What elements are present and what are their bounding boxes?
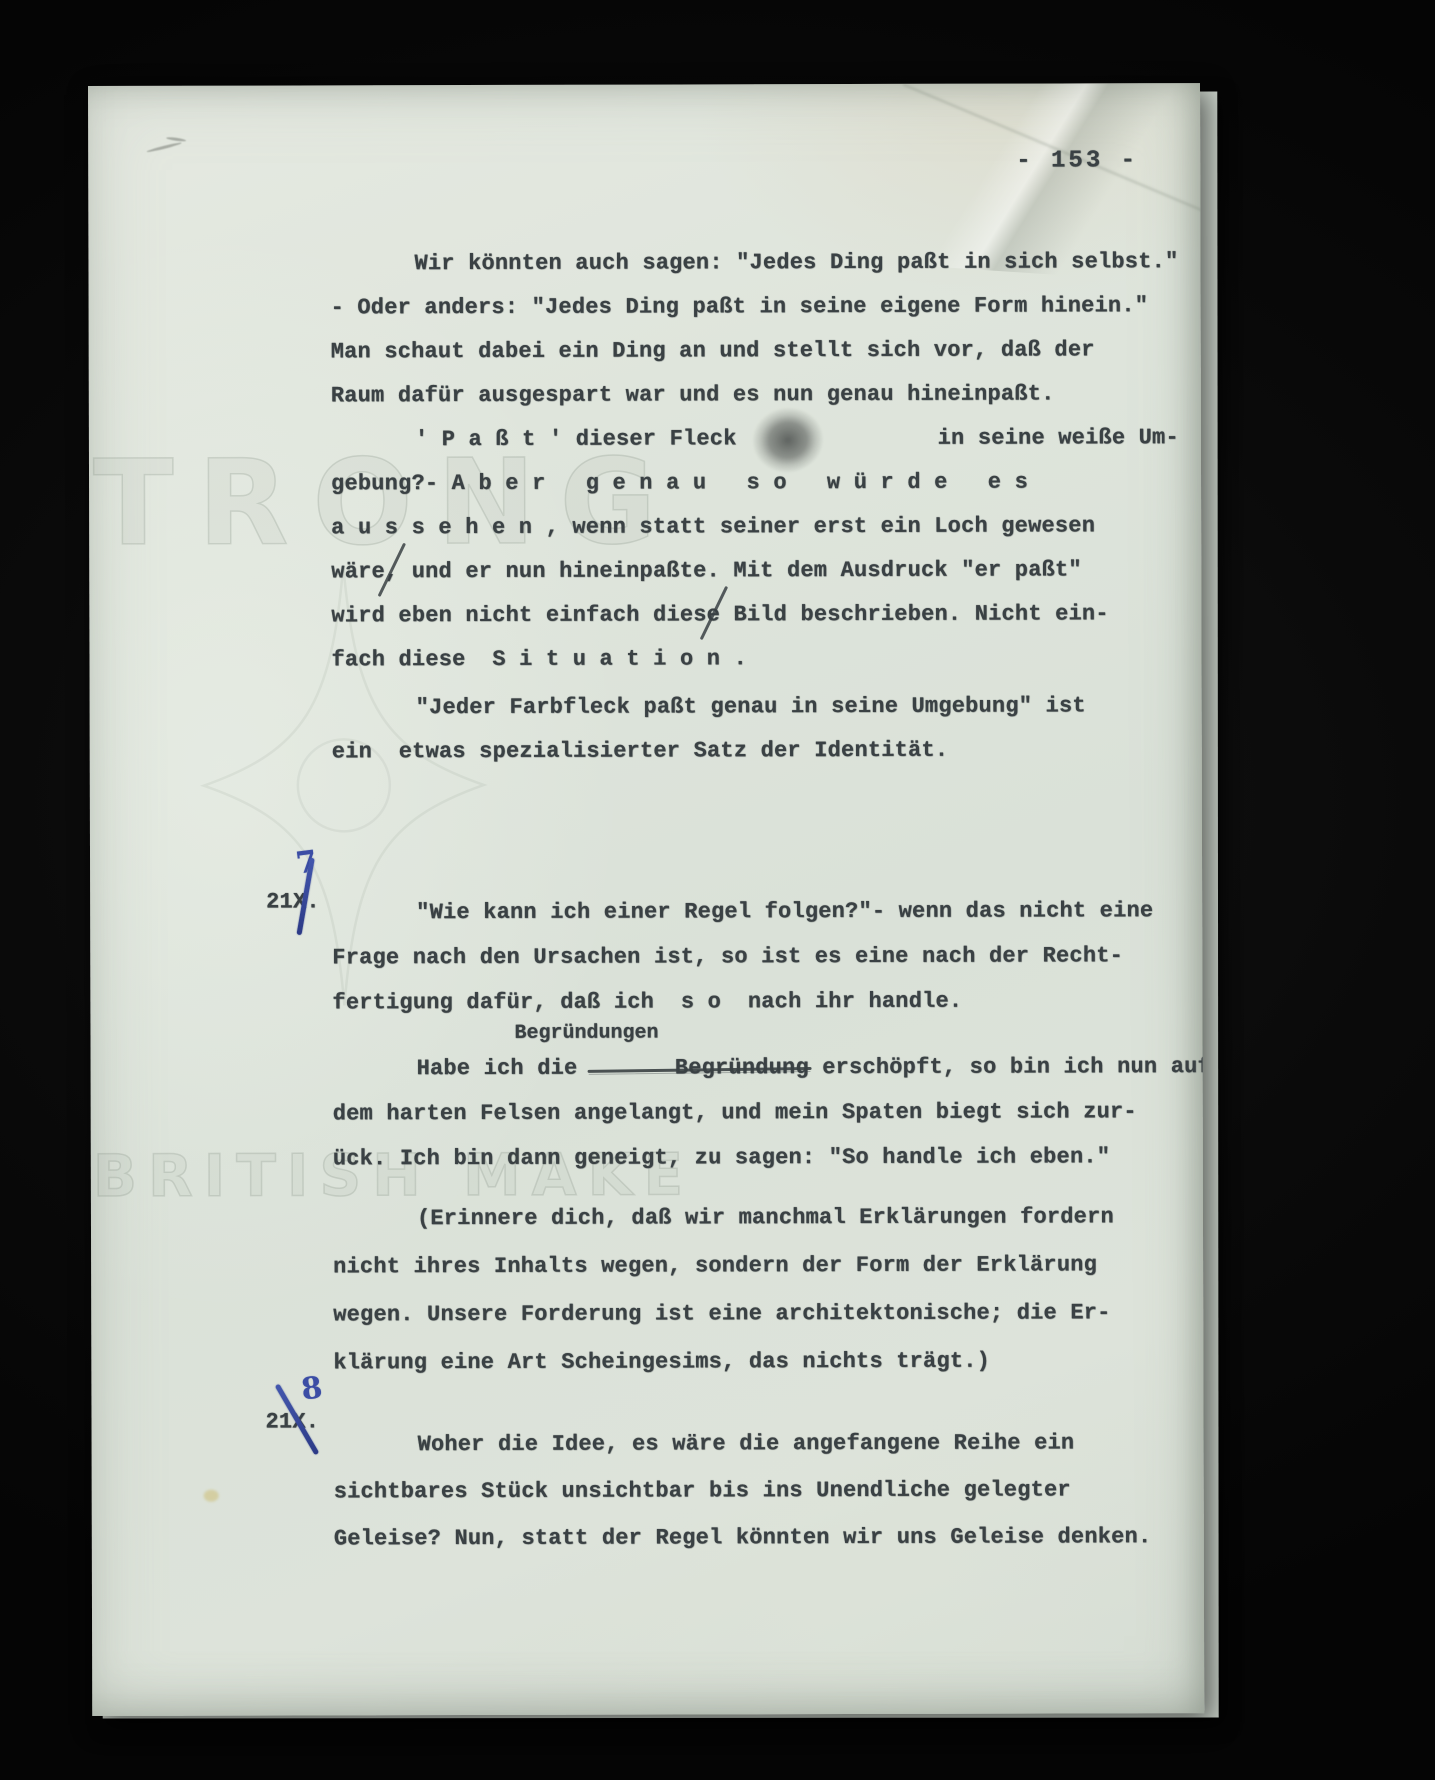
typescript-line: Wir könnten auch sagen: "Jedes Ding paßt… [330, 240, 1204, 286]
typescript-segment: ein etwas spezialisierter Satz der Ident… [332, 738, 949, 765]
typescript-paragraph: Habe ich die Begründung erschöpft, so bi… [333, 1044, 1205, 1181]
typescript-segment: ück. Ich bin dann geneigt, zu sagen: "So… [333, 1144, 1110, 1171]
typescript-line: wegen. Unsere Forderung ist eine archite… [333, 1289, 1204, 1339]
typescript-segment: (Erinnere dich, daß wir manchmal Erkläru… [417, 1204, 1114, 1231]
typescript-paragraph: "Jeder Farbfleck paßt genau in seine Umg… [332, 684, 1205, 774]
margin-remark-number: 21X. [266, 889, 320, 914]
typescript-line: fach diese S i t u a t i o n . [331, 636, 1204, 682]
typescript-segment: "Wie kann ich einer Regel folgen?"- wenn… [416, 898, 1153, 925]
typescript-segment: fach diese S i t u a t i o n . [331, 646, 747, 672]
typescript-line: klärung eine Art Scheingesims, das nicht… [333, 1337, 1204, 1387]
typescript-segment: wegen. Unsere Forderung ist eine archite… [333, 1300, 1110, 1327]
typescript-segment: gebung?- A b e r g e n a u s o w ü r d e… [331, 470, 1028, 497]
typescript-line: (Erinnere dich, daß wir manchmal Erkläru… [333, 1193, 1204, 1243]
typescript-line: Begründungen [514, 1020, 1204, 1046]
typescript-line: ück. Ich bin dann geneigt, zu sagen: "So… [333, 1134, 1205, 1181]
typescript-body: Wir könnten auch sagen: "Jedes Ding paßt… [88, 83, 1200, 86]
paper-stain [204, 1490, 219, 1502]
typescript-segment-slashed: , [385, 550, 399, 594]
typescript-line: ein etwas spezialisierter Satz der Ident… [332, 728, 1205, 774]
typescript-line: Habe ich die Begründung erschöpft, so bi… [333, 1044, 1205, 1091]
typescript-segment: und er nun hineinpaßte. Mit dem Ausdruck… [398, 557, 1082, 584]
typescript-segment: nicht ihres Inhalts wegen, sondern der F… [333, 1252, 1097, 1279]
typescript-segment: wäre [331, 559, 385, 584]
typescript-segment: Raum dafür ausgespart war und es nun gen… [331, 381, 1055, 408]
typescript-line: Geleise? Nun, statt der Regel könnten wi… [334, 1513, 1205, 1562]
typescript-segment: Geleise? Nun, statt der Regel könnten wi… [334, 1524, 1152, 1551]
typescript-segment: - Oder anders: "Jedes Ding paßt in seine… [331, 293, 1149, 320]
typescript-line: Woher die Idee, es wäre die angefangene … [333, 1419, 1204, 1468]
margin-annotations: 21X.721X.8 [88, 83, 1200, 86]
typescript-segment: Man schaut dabei ein Ding an und stellt … [331, 337, 1095, 364]
typescript-segment: Bild beschrieben. Nicht ein- [720, 601, 1109, 627]
typescript-segment: Wir könnten auch sagen: "Jedes Ding paßt… [414, 249, 1178, 276]
handwritten-digit: 8 [299, 1370, 324, 1407]
typescript-line: Man schaut dabei ein Ding an und stellt … [331, 328, 1205, 374]
typescript-segment: erschöpft, so bin ich nun auf [809, 1054, 1204, 1080]
typescript-segment-slashed: e [707, 593, 721, 637]
interline-insertion: Begründungen [514, 1020, 1204, 1046]
typescript-segment: a u s s e h e n , wenn statt seiner erst… [331, 513, 1095, 540]
typescript-segment: wird eben nicht einfach dies [331, 602, 706, 628]
typescript-segment: fertigung dafür, daß ich s o nach ihr ha… [332, 989, 962, 1016]
typescript-line: wäre, und er nun hineinpaßte. Mit dem Au… [331, 548, 1204, 594]
typescript-line: a u s s e h e n , wenn statt seiner erst… [331, 504, 1204, 550]
typescript-line: - Oder anders: "Jedes Ding paßt in seine… [331, 284, 1205, 330]
page-number: - 153 - [1016, 147, 1138, 174]
typescript-segment: Habe ich die [417, 1056, 591, 1081]
typescript-paragraph: "Wie kann ich einer Regel folgen?"- wenn… [332, 888, 1204, 1025]
typescript-paragraph: Wir könnten auch sagen: "Jedes Ding paßt… [330, 240, 1204, 418]
typescript-line: "Wie kann ich einer Regel folgen?"- wenn… [332, 888, 1204, 935]
typescript-line: nicht ihres Inhalts wegen, sondern der F… [333, 1241, 1204, 1291]
typescript-segment: Frage nach den Ursachen ist, so ist es e… [332, 943, 1123, 970]
typescript-segment: klärung eine Art Scheingesims, das nicht… [333, 1349, 990, 1376]
typescript-segment: "Jeder Farbfleck paßt genau in seine Umg… [416, 693, 1086, 720]
typescript-line: Frage nach den Ursachen ist, so ist es e… [332, 933, 1204, 980]
pencil-mark [166, 136, 186, 142]
typescript-line: "Jeder Farbfleck paßt genau in seine Umg… [332, 684, 1205, 730]
typescript-line: sichtbares Stück unsichtbar bis ins Unen… [334, 1466, 1205, 1515]
typescript-paragraph: Woher die Idee, es wäre die angefangene … [333, 1419, 1204, 1562]
typescript-segment: dem harten Felsen angelangt, und mein Sp… [333, 1099, 1137, 1126]
typescript-line: wird eben nicht einfach diese Bild besch… [331, 592, 1204, 638]
typescript-line: dem harten Felsen angelangt, und mein Sp… [333, 1089, 1205, 1136]
pencil-mark [146, 141, 182, 153]
typescript-paragraph: (Erinnere dich, daß wir manchmal Erkläru… [333, 1193, 1204, 1387]
typescript-line: fertigung dafür, daß ich s o nach ihr ha… [332, 978, 1204, 1025]
typescript-segment-struck: Begründung [591, 1045, 809, 1091]
typescript-segment: Begründungen [514, 1022, 658, 1045]
typescript-segment: sichtbares Stück unsichtbar bis ins Unen… [334, 1477, 1071, 1504]
photographed-typescript-scene: { "page_number": "- 153 -", "watermarks"… [0, 0, 1435, 1780]
typescript-segment: Woher die Idee, es wäre die angefangene … [418, 1430, 1075, 1457]
manuscript-page: TRONG BRITISH MAKE - 153 - Wir könnten a… [88, 83, 1204, 1716]
